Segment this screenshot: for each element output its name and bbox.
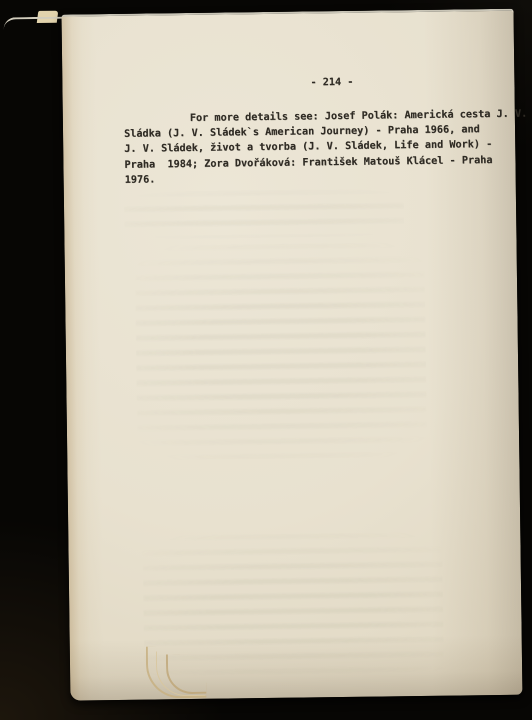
showthrough-text-region xyxy=(135,242,428,461)
photo-background: - 214 - For more details see: Josef Polá… xyxy=(0,0,532,720)
page-number: - 214 - xyxy=(310,77,353,89)
page-bottom-shading xyxy=(70,635,523,701)
book-page: - 214 - For more details see: Josef Polá… xyxy=(62,9,523,701)
book: - 214 - For more details see: Josef Polá… xyxy=(4,9,529,706)
typewritten-paragraph: For more details see: Josef Polák: Ameri… xyxy=(124,107,525,188)
showthrough-text-region xyxy=(124,188,405,240)
